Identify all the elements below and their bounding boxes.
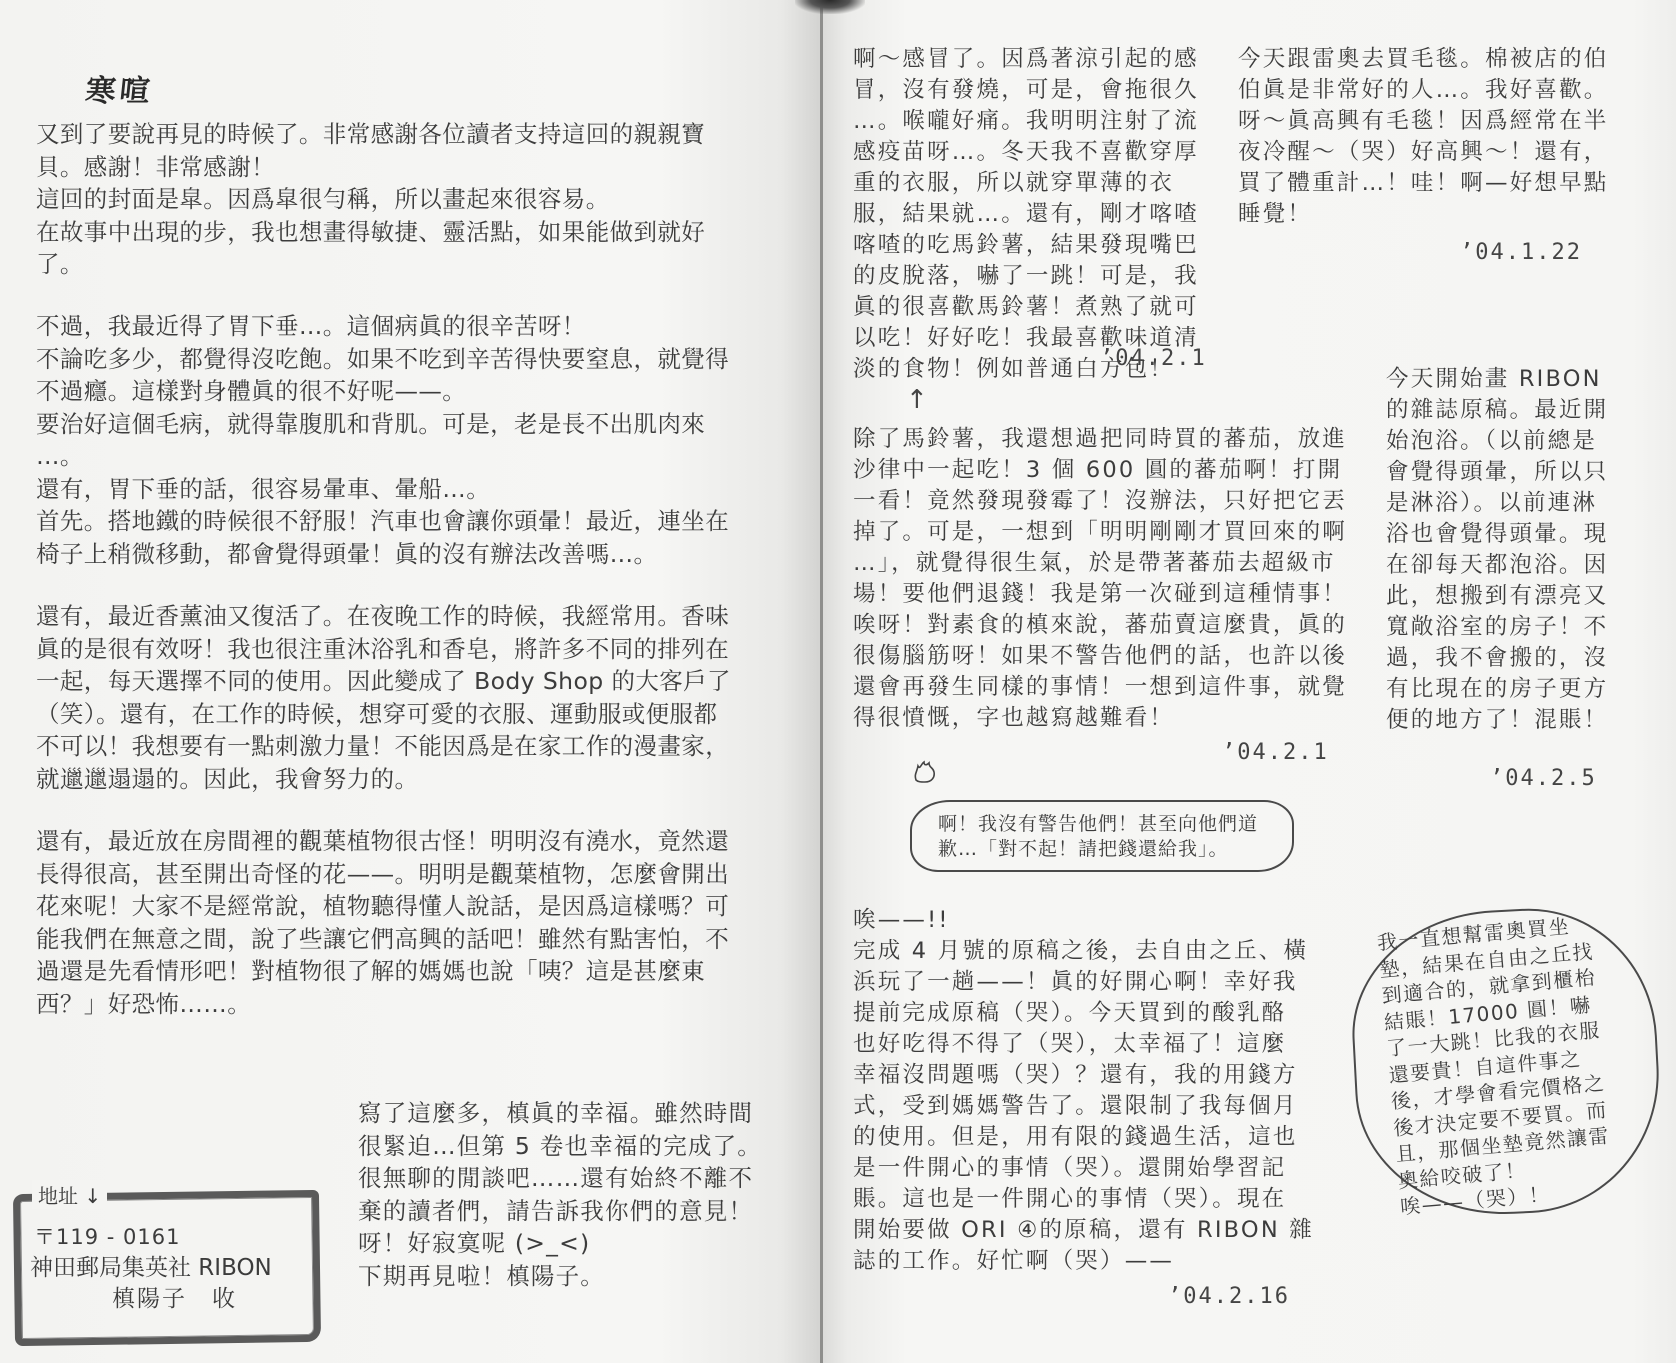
paragraph-illness: 不過，我最近得了胃下垂…。這個病眞的很辛苦呀！ 不論吃多少，都覺得沒吃飽。如果不… [36,310,729,570]
speech-bubble-apology-text: 啊！我沒有警告他們！甚至向他們道 歉…「對不起！請把錢還給我」。 [938,812,1258,862]
address-recipient: 槙陽子 收 [112,1280,237,1313]
paragraph-intro: 又到了要說再見的時候了。非常感謝各位讀者支持這回的親親寶 貝。感謝！非常感謝！ … [36,118,705,281]
entry-date: ’04.2.1 [1222,740,1329,765]
arrow-up-icon: ↑ [906,385,928,415]
entry-date: ’04.2.5 [1490,766,1597,791]
diary-entry-blanket: 今天跟雷奧去買毛毯。棉被店的伯 伯眞是非常好的人…。我好喜歡。 呀～眞高興有毛毯… [1238,44,1609,230]
entry-date: ’04.2.1 [1100,346,1207,371]
diary-entry-cold: 啊～感冒了。因爲著涼引起的感 冒，沒有發燒，可是，會拖很久 …。喉嚨好痛。我明明… [853,44,1199,385]
address-line: 神田郵局集英社 RIBON [30,1249,272,1282]
entry-date: ’04.1.22 [1460,240,1582,265]
entry-date: ’04.2.16 [1168,1284,1290,1309]
address-label: 地址 ↓ [32,1180,107,1209]
book-spine [820,0,823,1363]
angry-flame-icon [912,760,938,784]
paragraph-aroma: 還有，最近香薰油又復活了。在夜晚工作的時候，我經常用。香味 眞的是很有效呀！我也… [36,600,731,795]
diary-entry-bath: 今天開始畫 RIBON 的雜誌原稿。最近開 始泡浴。（以前總是 會覺得頭暈，所以… [1386,364,1608,736]
diary-entry-trip: 唉——!! 完成 4 月號的原稿之後，去自由之丘、橫 浜玩了一趟——！眞的好開心… [853,905,1314,1277]
address-zip: 〒119 - 0161 [34,1221,180,1251]
speech-bubble-cushion-text: 我一直想幫雷奧買坐 墊，結果在自由之丘找 到適合的，就拿到櫃枱 結賬！17000… [1376,911,1616,1220]
paragraph-plant: 還有，最近放在房間裡的觀葉植物很古怪！明明沒有澆水，竟然還 長得很高，甚至開出奇… [36,825,729,1020]
diary-entry-tomato: 除了馬鈴薯，我還想過把同時買的蕃茄，放進 沙律中一起吃！3 個 600 圓的蕃茄… [853,424,1347,734]
closing-note: 寫了這麼多，槙眞的幸福。雖然時間 很緊迫…但第 5 卷也幸福的完成了。 很無聊的… [358,1097,762,1292]
spine-shadow [795,0,865,14]
page-title: 寒喧 [84,66,157,110]
